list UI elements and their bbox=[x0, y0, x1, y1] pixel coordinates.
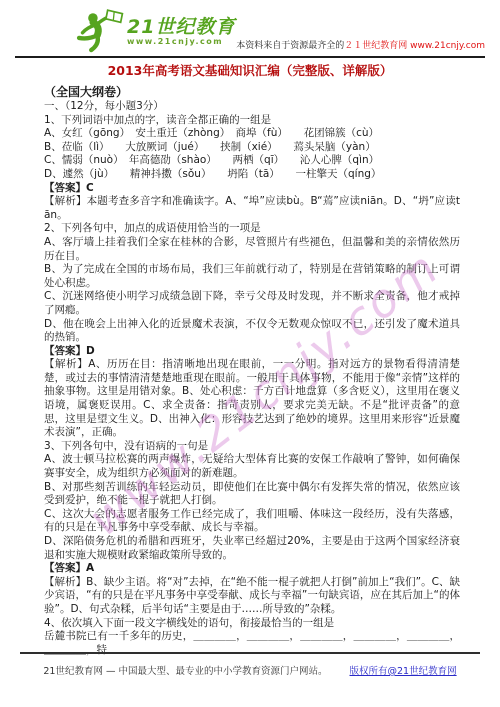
question-2-analysis: 【解析】A、历历在目：指清晰地出现在眼前，一一分明。指对远方的景物看得清清楚楚，… bbox=[44, 358, 460, 440]
question-1-option-c: C、懦弱（nuò） 年高德劭（shào） 两栖（qī） 沁人心脾（qìn） bbox=[44, 154, 460, 168]
tagline-site-link[interactable]: ２１世纪教育网 www.21cnjy.com bbox=[344, 41, 485, 51]
question-3-option-d: D、深陷债务危机的希腊和西班牙，失业率已经超过20%，主要是由于这两个国家经济衰… bbox=[44, 535, 460, 562]
logo-url-text: www.21cnjy.com bbox=[127, 37, 235, 46]
tagline-prefix: 本资料来自于资源最齐全的 bbox=[236, 41, 344, 51]
runner-with-book-icon bbox=[73, 9, 125, 53]
header-tagline: 本资料来自于资源最齐全的２１世纪教育网 www.21cnjy.com bbox=[236, 38, 485, 53]
question-2-option-c: C、沉迷网络使小明学习成绩急剧下降，幸亏父母及时发现，并不断求全责备，他才戒掉了… bbox=[44, 290, 460, 317]
question-1-option-a: A、女红（gōng） 安土重迁（zhòng） 商埠（fù） 花团锦簇（cù） bbox=[44, 127, 460, 141]
question-3-option-a: A、波士顿马拉松赛的两声爆炸，无疑给大型体育比赛的安保工作敲响了警钟，如何确保赛… bbox=[44, 453, 460, 480]
question-1-answer: 【答案】C bbox=[44, 182, 460, 196]
section-heading: （全国大纲卷） bbox=[44, 84, 460, 100]
question-2-answer: 【答案】D bbox=[44, 345, 460, 359]
question-2-option-b: B、为了完成在全国的市场布局，我们三年前就行动了，特别是在营销策略的制订上可谓处… bbox=[44, 263, 460, 290]
question-4-stem: 4、依次填入下面一段文字横线处的语句，衔接最恰当的一组是 bbox=[44, 617, 460, 631]
question-3-analysis: 【解析】B、缺少主语。将“对”去掉，在“绝不能一棍子就把人打倒”前加上“我们”。… bbox=[44, 576, 460, 617]
question-group-header: 一、（12分，每小题3分） bbox=[44, 100, 460, 114]
question-1-option-b: B、莅临（lì） 大放厥词（jué） 挟制（xié） 蔫头呆脑（yàn） bbox=[44, 141, 460, 155]
page-footer: 21世纪教育网 — 中国最大型、最专业的中小学教育资源门户网站。 版权所有@21… bbox=[20, 652, 480, 677]
question-2-option-a: A、客厅墙上挂着我们全家在桂林的合影，尽管照片有些褪色，但温馨和美的亲情依然历历… bbox=[44, 236, 460, 263]
footer-copyright-link[interactable]: 版权所有@21世纪教育网 bbox=[350, 663, 457, 677]
logo-brand-text: 21世纪教育 bbox=[127, 17, 235, 37]
document-body: （全国大纲卷） 一、（12分，每小题3分） 1、下列词语中加点的字，读音全都正确… bbox=[44, 84, 460, 657]
question-3-stem: 3、下列各句中，没有语病的一句是 bbox=[44, 440, 460, 454]
site-logo: 21世纪教育 www.21cnjy.com bbox=[73, 9, 235, 53]
question-3-option-b: B、对那些刻苦训练的年轻运动员，即使他们在比赛中偶尔有发挥失常的情况，依然应该受… bbox=[44, 481, 460, 508]
footer-site-text: 21世纪教育网 — 中国最大型、最专业的中小学教育资源门户网站。 bbox=[43, 663, 327, 677]
question-2-option-d: D、他在晚会上出神入化的近景魔术表演，不仅令无数观众惊叹不已，还引发了魔术道具的… bbox=[44, 318, 460, 345]
question-1-option-d: D、遽然（jù） 精神抖擞（sǒu） 坍陷（tā） 一柱擎天（qíng） bbox=[44, 168, 460, 182]
question-3-option-c: C、这次大会的志愿者服务工作已经完成了，我们咀嚼、体味这一段经历，没有失落感，有… bbox=[44, 508, 460, 535]
page-header: 21世纪教育 www.21cnjy.com 本资料来自于资源最齐全的２１世纪教育… bbox=[15, 6, 485, 58]
question-1-analysis: 【解析】本题考查多音字和准确读字。A、“埠”应读bù。B“蔫”应读niān。D、… bbox=[44, 195, 460, 222]
question-3-answer: 【答案】A bbox=[44, 562, 460, 576]
question-2-stem: 2、下列各句中，加点的成语使用恰当的一项是 bbox=[44, 222, 460, 236]
question-1-stem: 1、下列词语中加点的字，读音全都正确的一组是 bbox=[44, 114, 460, 128]
document-title: 2013年高考语文基础知识汇编（完整版、详解版） bbox=[0, 61, 500, 79]
